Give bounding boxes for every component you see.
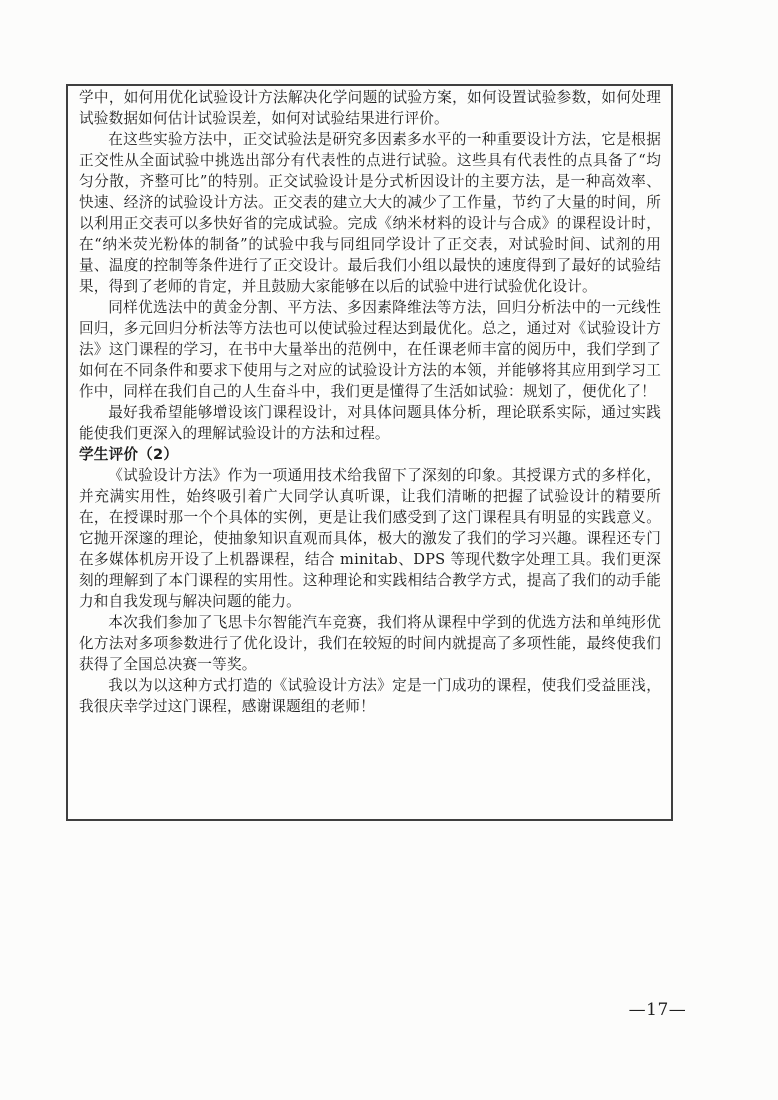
paragraph-suggestion: 最好我希望能够增设该门课程设计，对具体问题具体分析，理论联系实际，通过实践能使我… [79, 402, 661, 444]
paragraph-continuation: 学中，如何用优化试验设计方法解决化学问题的试验方案，如何设置试验参数，如何处理试… [79, 87, 661, 129]
page-number: —17— [620, 1000, 695, 1020]
document-page: 学中，如何用优化试验设计方法解决化学问题的试验方案，如何设置试验参数，如何处理试… [0, 0, 778, 1100]
paragraph-course-impression: 《试验设计方法》作为一项通用技术给我留下了深刻的印象。其授课方式的多样化，并充满… [79, 465, 661, 612]
section-heading-student-evaluation-2: 学生评价（2） [79, 444, 661, 465]
paragraph-conclusion: 我以为以这种方式打造的《试验设计方法》定是一门成功的课程，使我们受益匪浅，我很庆… [79, 675, 661, 717]
text-frame: 学中，如何用优化试验设计方法解决化学问题的试验方案，如何设置试验参数，如何处理试… [66, 84, 673, 821]
paragraph-smart-car-competition: 本次我们参加了飞思卡尔智能汽车竞赛，我们将从课程中学到的优选方法和单纯形优化方法… [79, 612, 661, 675]
paragraph-orthogonal-design: 在这些实验方法中，正交试验法是研究多因素多水平的一种重要设计方法，它是根据正交性… [79, 129, 661, 297]
paragraph-optimization-methods: 同样优选法中的黄金分割、平方法、多因素降维法等方法，回归分析法中的一元线性回归，… [79, 297, 661, 402]
